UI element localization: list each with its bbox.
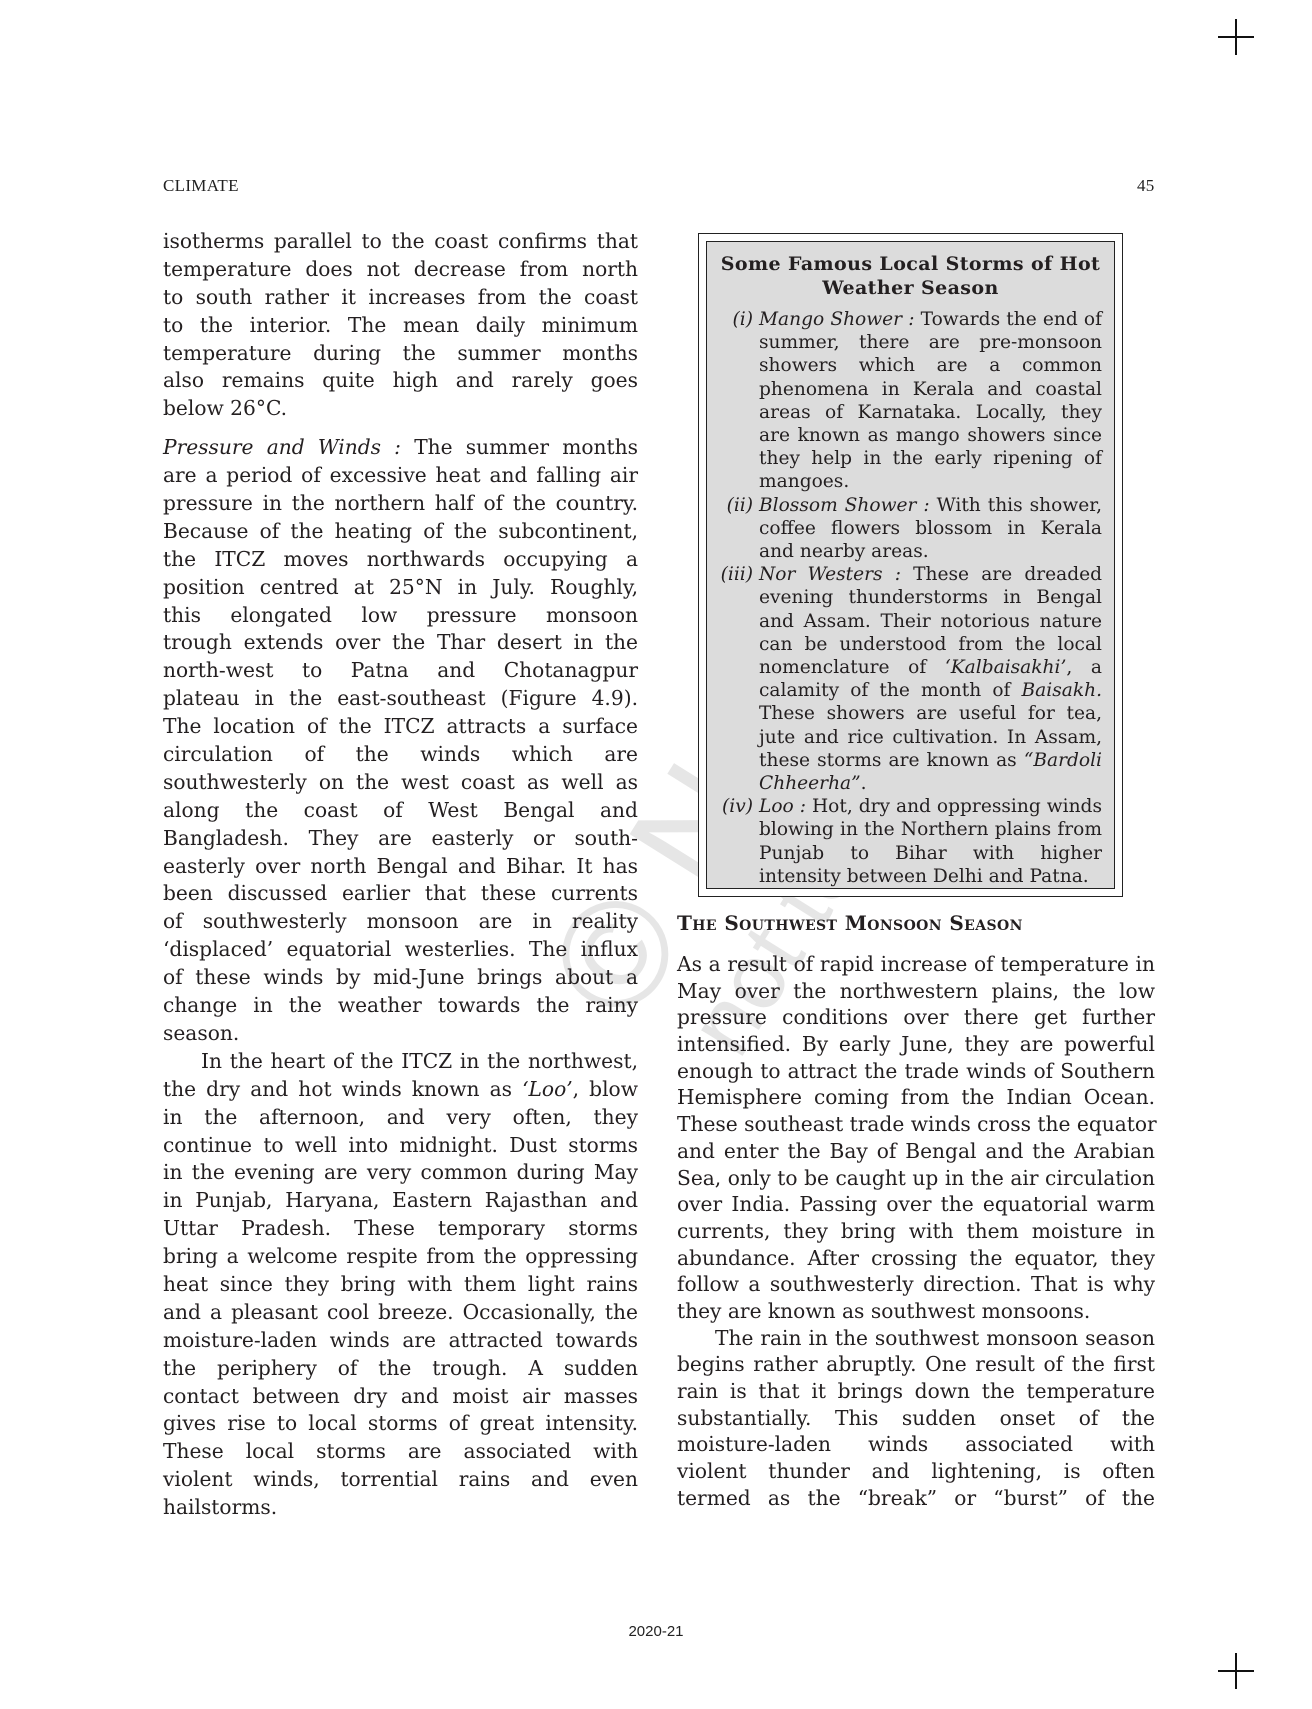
text-line: are a period of excessive heat and falli…: [163, 462, 638, 490]
text-line: Because of the heating of the subcontine…: [163, 518, 638, 546]
text-line: temperature does not decrease from north: [163, 256, 638, 284]
text-line: These southeast trade winds cross the eq…: [677, 1111, 1155, 1138]
text-line: pressure in the northern half of the cou…: [163, 490, 638, 518]
text-line: These local storms are associated with: [163, 1438, 638, 1466]
text-line: southwesterly on the west coast as well …: [163, 769, 638, 797]
text-line: Sea, only to be caught up in the air cir…: [677, 1165, 1155, 1192]
crop-mark-top-icon: [1218, 19, 1254, 55]
text-line: in Punjab, Haryana, Eastern Rajasthan an…: [163, 1187, 638, 1215]
text-line: enough to attract the trade winds of Sou…: [677, 1058, 1155, 1085]
left-column: isotherms parallel to the coast confirms…: [163, 228, 638, 1522]
text-line: currents, they bring with them moisture …: [677, 1218, 1155, 1245]
item-number: (ii): [707, 494, 753, 517]
text-line: termed as the “break” or “burst” of the: [677, 1485, 1155, 1512]
text-line: rain is that it brings down the temperat…: [677, 1378, 1155, 1405]
text-line: season.: [163, 1020, 638, 1048]
text-line: to the interior. The mean daily minimum: [163, 312, 638, 340]
text-line: intensified. By early June, they are pow…: [677, 1031, 1155, 1058]
storms-list: (i) Mango Shower : Towards the end of su…: [707, 308, 1114, 888]
item-number: (iii): [707, 563, 753, 586]
storm-term: Blossom Shower :: [759, 495, 930, 516]
text-line: the dry and hot winds known as ‘Loo’, bl…: [163, 1076, 638, 1104]
text-line: Bangladesh. They are easterly or south-: [163, 825, 638, 853]
text-line: this elongated low pressure monsoon: [163, 602, 638, 630]
text-line: along the coast of West Bengal and: [163, 797, 638, 825]
crop-mark-bottom-icon: [1218, 1653, 1254, 1689]
local-storms-box: Some Famous Local Storms of Hot Weather …: [698, 233, 1123, 897]
text-line: The rain in the southwest monsoon season: [677, 1325, 1155, 1352]
storm-term: Nor Westers :: [759, 564, 901, 585]
footer-year: 2020-21: [0, 1623, 1312, 1640]
text-line: isotherms parallel to the coast confirms…: [163, 228, 638, 256]
text-line: moisture-laden winds associated with: [677, 1431, 1155, 1458]
text-line: circulation of the winds which are: [163, 741, 638, 769]
text-line: gives rise to local storms of great inte…: [163, 1410, 638, 1438]
storm-item-mango-shower: (i) Mango Shower : Towards the end of su…: [707, 308, 1114, 494]
storm-item-loo: (iv) Loo : Hot, dry and oppressing winds…: [707, 795, 1114, 888]
text-line: in the afternoon, and very often, they: [163, 1104, 638, 1132]
text-line: the periphery of the trough. A sudden: [163, 1355, 638, 1383]
text-line: follow a southwesterly direction. That i…: [677, 1271, 1155, 1298]
text-line: in the evening are very common during Ma…: [163, 1159, 638, 1187]
text-line: The location of the ITCZ attracts a surf…: [163, 713, 638, 741]
right-column: As a result of rapid increase of tempera…: [677, 951, 1155, 1511]
item-number: (iv): [707, 795, 753, 818]
text-line: substantially. This sudden onset of the: [677, 1405, 1155, 1432]
text-line: pressure conditions over there get furth…: [677, 1004, 1155, 1031]
text-line: hailstorms.: [163, 1494, 638, 1522]
text-line: below 26°C.: [163, 395, 638, 423]
text-line: Uttar Pradesh. These temporary storms: [163, 1215, 638, 1243]
text-line: to south rather it increases from the co…: [163, 284, 638, 312]
text-line: plateau in the east-southeast (Figure 4.…: [163, 685, 638, 713]
text-line: and a pleasant cool breeze. Occasionally…: [163, 1299, 638, 1327]
text-line: position centred at 25°N in July. Roughl…: [163, 574, 638, 602]
text-line: In the heart of the ITCZ in the northwes…: [163, 1048, 638, 1076]
paragraph-isotherms: isotherms parallel to the coast confirms…: [163, 228, 638, 423]
pressure-winds-label: Pressure and Winds :: [163, 435, 401, 459]
text-line: Hemisphere coming from the Indian Ocean.: [677, 1084, 1155, 1111]
text-line: also remains quite high and rarely goes: [163, 367, 638, 395]
text-line: of southwesterly monsoon are in reality: [163, 908, 638, 936]
text-line: they are known as southwest monsoons.: [677, 1298, 1155, 1325]
storm-item-nor-westers: (iii) Nor Westers : These are dreaded ev…: [707, 563, 1114, 795]
text-line: of these winds by mid-June brings about …: [163, 964, 638, 992]
box-title: Some Famous Local Storms of Hot Weather …: [707, 252, 1114, 300]
text-line: bring a welcome respite from the oppress…: [163, 1243, 638, 1271]
text-line: moisture-laden winds are attracted towar…: [163, 1327, 638, 1355]
item-number: (i): [707, 308, 753, 331]
text-line: temperature during the summer months: [163, 340, 638, 368]
text-line: Pressure and Winds : The summer months: [163, 434, 638, 462]
text-line: change in the weather towards the rainy: [163, 992, 638, 1020]
storm-term: Mango Shower :: [759, 309, 914, 330]
text-line: violent thunder and lightening, is often: [677, 1458, 1155, 1485]
text-line: been discussed earlier that these curren…: [163, 880, 638, 908]
loo-term: ‘Loo’: [522, 1077, 573, 1101]
page-number: 45: [1137, 176, 1155, 196]
paragraph-monsoon-intro: As a result of rapid increase of tempera…: [677, 951, 1155, 1325]
text-line: As a result of rapid increase of tempera…: [677, 951, 1155, 978]
paragraph-pressure-winds: Pressure and Winds : The summer months a…: [163, 434, 638, 1048]
text-line: easterly over north Bengal and Bihar. It…: [163, 853, 638, 881]
text-line: and enter the Bay of Bengal and the Arab…: [677, 1138, 1155, 1165]
storm-term: Loo :: [759, 796, 806, 817]
text-line: trough extends over the Thar desert in t…: [163, 629, 638, 657]
text-line: ‘displaced’ equatorial westerlies. The i…: [163, 936, 638, 964]
text-line: violent winds, torrential rains and even: [163, 1466, 638, 1494]
text-line: the ITCZ moves northwards occupying a: [163, 546, 638, 574]
local-storms-box-inner: Some Famous Local Storms of Hot Weather …: [706, 241, 1115, 889]
text-line: continue to well into midnight. Dust sto…: [163, 1132, 638, 1160]
paragraph-itcz: In the heart of the ITCZ in the northwes…: [163, 1048, 638, 1522]
text-line: abundance. After crossing the equator, t…: [677, 1245, 1155, 1272]
running-title: CLIMATE: [163, 176, 239, 196]
storm-item-blossom-shower: (ii) Blossom Shower : With this shower, …: [707, 494, 1114, 564]
section-heading: The Southwest Monsoon Season: [677, 911, 1023, 935]
text-line: contact between dry and moist air masses: [163, 1383, 638, 1411]
text-line: north-west to Patna and Chotanagpur: [163, 657, 638, 685]
text-line: begins rather abruptly. One result of th…: [677, 1351, 1155, 1378]
text-line: May over the northwestern plains, the lo…: [677, 978, 1155, 1005]
paragraph-monsoon-onset: The rain in the southwest monsoon season…: [677, 1325, 1155, 1512]
text-line: over India. Passing over the equatorial …: [677, 1191, 1155, 1218]
text-line: heat since they bring with them light ra…: [163, 1271, 638, 1299]
